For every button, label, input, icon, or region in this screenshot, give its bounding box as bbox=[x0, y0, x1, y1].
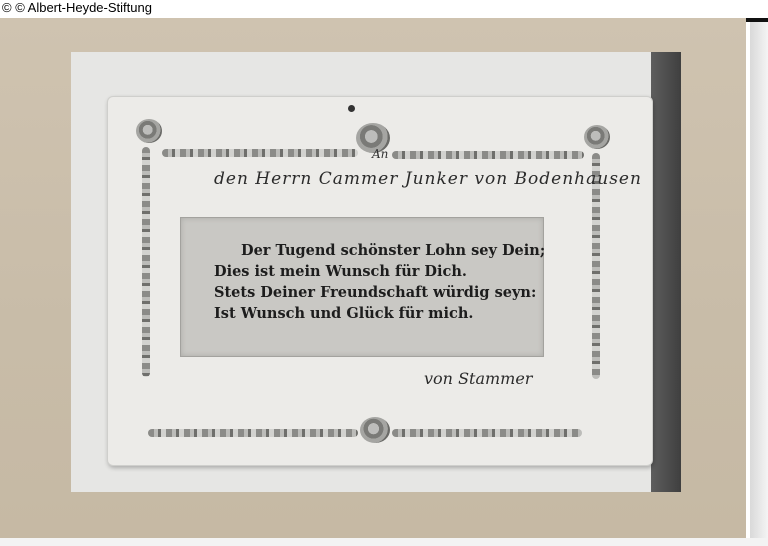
flower-garland-top-right bbox=[392, 151, 584, 159]
address-prefix: An bbox=[372, 147, 388, 161]
side-strip bbox=[750, 22, 768, 538]
verse-text: Der Tugend schönster Lohn sey Dein; Dies… bbox=[214, 240, 545, 324]
greeting-card: An den Herrn Cammer Junker von Bodenhaus… bbox=[107, 96, 653, 466]
photo-shadow bbox=[651, 52, 681, 492]
pin-hole bbox=[348, 105, 355, 112]
verse-line: Stets Deiner Freundschaft würdig seyn: bbox=[214, 282, 545, 303]
rose-ornament-icon bbox=[136, 119, 162, 143]
verse-panel: Der Tugend schönster Lohn sey Dein; Dies… bbox=[180, 217, 544, 357]
flower-garland-top-left bbox=[162, 149, 358, 157]
document-photograph: An den Herrn Cammer Junker von Bodenhaus… bbox=[71, 52, 681, 492]
signature: von Stammer bbox=[424, 369, 532, 388]
verse-line: Der Tugend schönster Lohn sey Dein; bbox=[214, 240, 545, 261]
verse-line: Ist Wunsch und Glück für mich. bbox=[214, 303, 545, 324]
copyright-caption: © © Albert-Heyde-Stiftung bbox=[2, 0, 152, 16]
rose-ornament-icon bbox=[360, 417, 390, 443]
address-line: den Herrn Cammer Junker von Bodenhausen bbox=[214, 169, 642, 189]
bottom-strip bbox=[0, 538, 768, 546]
verse-line: Dies ist mein Wunsch für Dich. bbox=[214, 261, 545, 282]
flower-garland-bottom-right bbox=[392, 429, 582, 437]
flower-garland-bottom-left bbox=[148, 429, 358, 437]
rose-ornament-icon bbox=[584, 125, 610, 149]
flower-garland-left bbox=[142, 147, 150, 377]
